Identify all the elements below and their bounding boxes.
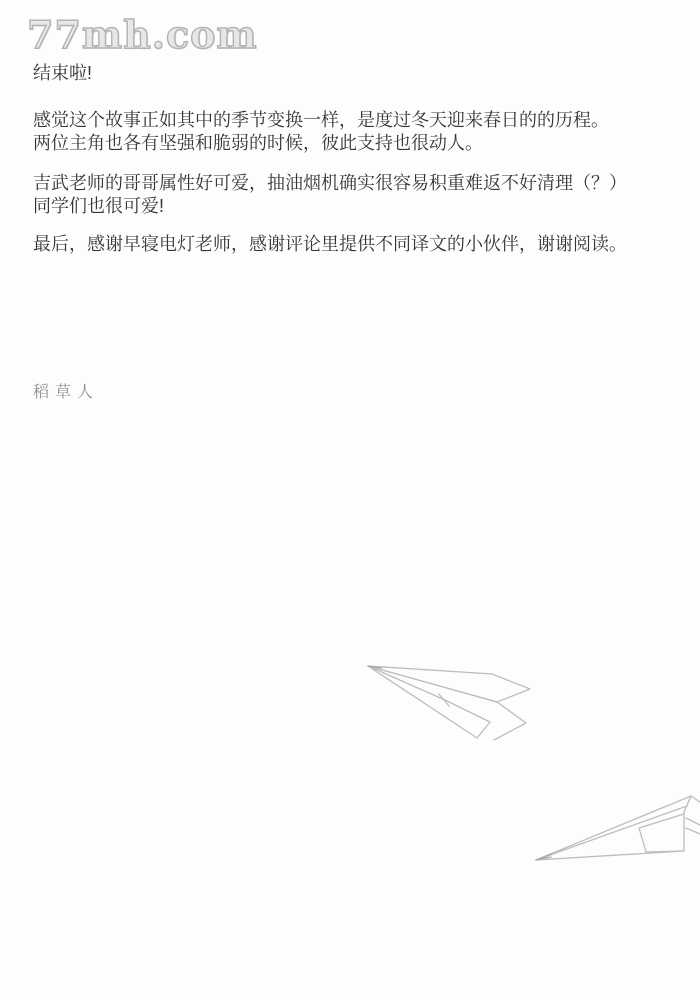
translator-signature: 稻草人: [33, 379, 99, 402]
thanks-line-1: 最后，感谢早寝电灯老师，感谢评论里提供不同译文的小伙伴，谢谢阅读。: [33, 233, 660, 256]
greeting-paragraph: 结束啦!: [33, 62, 660, 85]
characters-line-1: 吉武老师的哥哥属性好可爱，抽油烟机确实很容易积重难返不好清理（？）: [33, 172, 660, 195]
afterword-text: 结束啦! 感觉这个故事正如其中的季节变换一样，是度过冬天迎来春日的的历程。 两位…: [33, 62, 660, 256]
paper-airplane-icon: [368, 666, 530, 740]
greeting-line: 结束啦!: [33, 63, 92, 83]
characters-paragraph: 吉武老师的哥哥属性好可爱，抽油烟机确实很容易积重难返不好清理（？） 同学们也很可…: [33, 172, 660, 218]
site-watermark: 77mh.com: [27, 12, 258, 57]
story-paragraph: 感觉这个故事正如其中的季节变换一样，是度过冬天迎来春日的的历程。 两位主角也各有…: [33, 109, 660, 155]
thanks-paragraph: 最后，感谢早寝电灯老师，感谢评论里提供不同译文的小伙伴，谢谢阅读。: [33, 233, 660, 256]
comic-afterword-page: 77mh.com 结束啦! 感觉这个故事正如其中的季节变换一样，是度过冬天迎来春…: [0, 0, 700, 999]
characters-line-2: 同学们也很可爱!: [33, 195, 660, 218]
paper-airplane-icon: [536, 796, 700, 860]
story-line-1: 感觉这个故事正如其中的季节变换一样，是度过冬天迎来春日的的历程。: [33, 109, 660, 132]
story-line-2: 两位主角也各有坚强和脆弱的时候，彼此支持也很动人。: [33, 132, 660, 155]
